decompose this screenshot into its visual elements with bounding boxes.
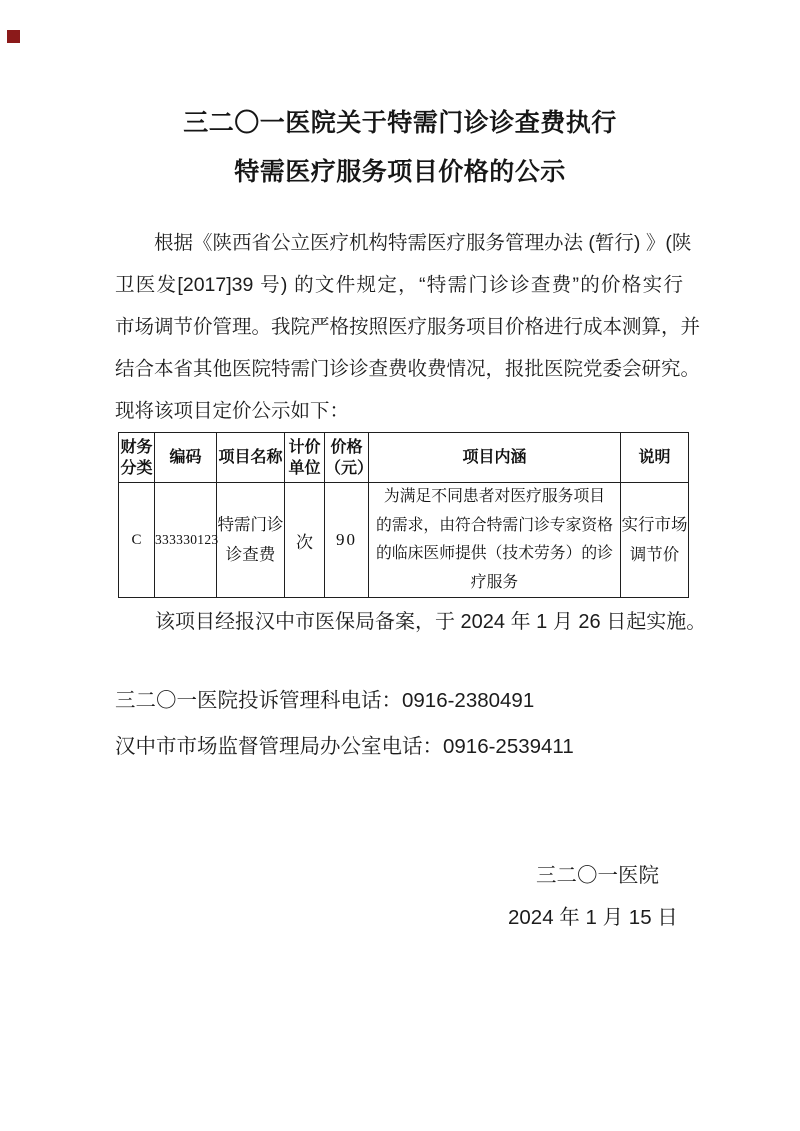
col-header-finance-class: 财务 分类 — [119, 433, 155, 483]
cell-code: 333330123 — [155, 483, 217, 598]
complaint-phone-line: 三二〇一医院投诉管理科电话：0916-2380491 — [115, 687, 534, 715]
title-line-2: 特需医疗服务项目价格的公示 — [100, 148, 700, 197]
price-table: 财务 分类 编码 项目名称 计价 单位 价格 （元） 项目内 — [118, 432, 689, 598]
table-header-row: 财务 分类 编码 项目名称 计价 单位 价格 （元） 项目内 — [119, 433, 689, 483]
col-header-price: 价格 （元） — [325, 433, 369, 483]
red-square-mark — [7, 30, 20, 43]
paragraph-line-3: 市场调节价管理。我院严格按照医疗服务项目价格进行成本测算，并 — [115, 306, 683, 348]
table-row: C 333330123 特需门诊 诊查费 次 90 为满足不同患者对医疗服务项目… — [119, 483, 689, 598]
paragraph-line-2: 卫医发[2017]39 号) 的文件规定，“特需门诊诊查费”的价格实行 — [115, 264, 683, 306]
document-page: 三二〇一医院关于特需门诊诊查费执行 特需医疗服务项目价格的公示 根据《陕西省公立… — [0, 0, 800, 1131]
cell-price: 90 — [325, 483, 369, 598]
paragraph-line-1: 根据《陕西省公立医疗机构特需医疗服务管理办法 (暂行) 》(陕 — [115, 222, 683, 264]
intro-paragraph: 根据《陕西省公立医疗机构特需医疗服务管理办法 (暂行) 》(陕 卫医发[2017… — [115, 222, 683, 432]
cell-unit: 次 — [285, 483, 325, 598]
col-header-code: 编码 — [155, 433, 217, 483]
market-bureau-phone-line: 汉中市市场监督管理局办公室电话：0916-2539411 — [115, 733, 574, 761]
col-header-note: 说明 — [621, 433, 689, 483]
cell-finance-class: C — [119, 483, 155, 598]
title-line-1: 三二〇一医院关于特需门诊诊查费执行 — [100, 99, 700, 148]
col-header-description: 项目内涵 — [369, 433, 621, 483]
document-title: 三二〇一医院关于特需门诊诊查费执行 特需医疗服务项目价格的公示 — [100, 99, 700, 197]
col-header-project-name: 项目名称 — [217, 433, 285, 483]
signature-name: 三二〇一医院 — [536, 858, 659, 888]
paragraph-line-5: 现将该项目定价公示如下： — [115, 390, 683, 432]
signature-date: 2024 年 1 月 15 日 — [508, 900, 678, 930]
cell-project-name: 特需门诊 诊查费 — [217, 483, 285, 598]
cell-description: 为满足不同患者对医疗服务项目 的需求，由符合特需门诊专家资格 的临床医师提供（技… — [369, 483, 621, 598]
col-header-unit: 计价 单位 — [285, 433, 325, 483]
filing-note: 该项目经报汉中市医保局备案，于 2024 年 1 月 26 日起实施。 — [115, 608, 735, 636]
paragraph-line-4: 结合本省其他医院特需门诊诊查费收费情况，报批医院党委会研究。 — [115, 348, 683, 390]
cell-note: 实行市场 调节价 — [621, 483, 689, 598]
